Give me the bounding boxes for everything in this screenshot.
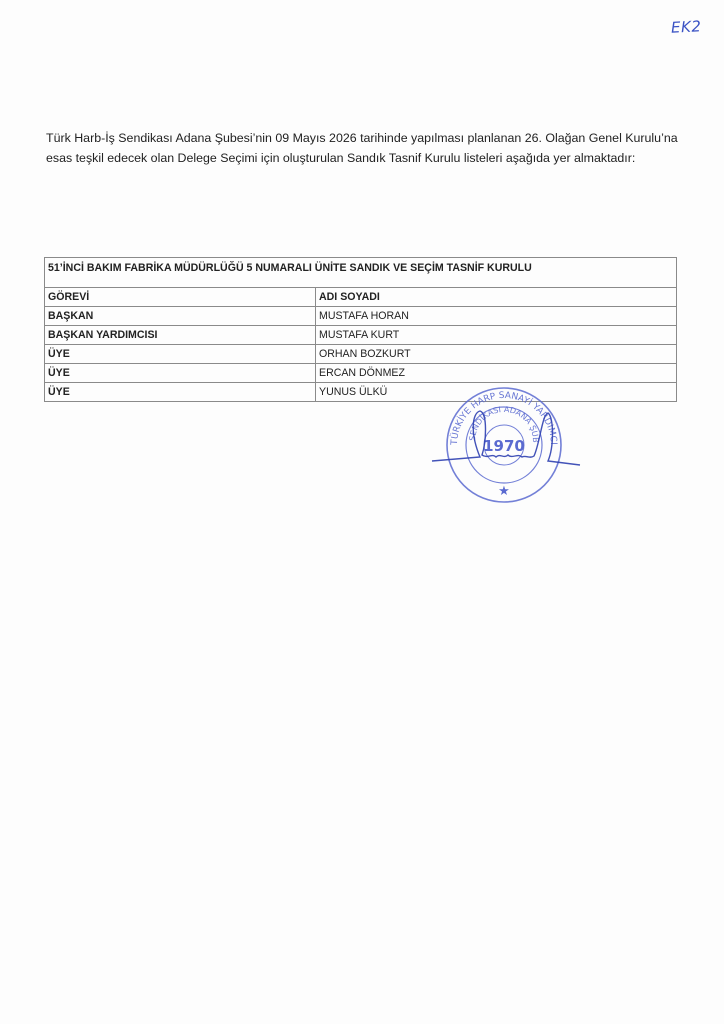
table-row: BAŞKAN MUSTAFA HORAN <box>45 307 677 326</box>
svg-text:★: ★ <box>498 483 510 498</box>
row-role: ÜYE <box>45 345 316 364</box>
row-role: BAŞKAN <box>45 307 316 326</box>
row-name: ORHAN BOZKURT <box>316 345 677 364</box>
official-stamp: TÜRKİYE HARP SANAYİ YARDIMCI İŞ KOLLARI … <box>430 383 590 508</box>
stamp-seal-icon: TÜRKİYE HARP SANAYİ YARDIMCI İŞ KOLLARI … <box>430 383 590 508</box>
row-name: MUSTAFA HORAN <box>316 307 677 326</box>
header-name: ADI SOYADI <box>316 288 677 307</box>
table-title: 51’İNCİ BAKIM FABRİKA MÜDÜRLÜĞÜ 5 NUMARA… <box>45 258 677 288</box>
svg-text:1970: 1970 <box>483 437 525 455</box>
intro-line-1: Türk Harb-İş Sendikası Adana Şubesi’nin … <box>46 128 686 148</box>
row-name: ERCAN DÖNMEZ <box>316 364 677 383</box>
intro-line-2: esas teşkil edecek olan Delege Seçimi iç… <box>46 148 686 168</box>
row-role: BAŞKAN YARDIMCISI <box>45 326 316 345</box>
table-title-row: 51’İNCİ BAKIM FABRİKA MÜDÜRLÜĞÜ 5 NUMARA… <box>45 258 677 288</box>
committee-table: 51’İNCİ BAKIM FABRİKA MÜDÜRLÜĞÜ 5 NUMARA… <box>44 257 677 402</box>
table-row: BAŞKAN YARDIMCISI MUSTAFA KURT <box>45 326 677 345</box>
row-role: ÜYE <box>45 383 316 402</box>
intro-paragraph: Türk Harb-İş Sendikası Adana Şubesi’nin … <box>46 128 686 168</box>
table-header-row: GÖREVİ ADI SOYADI <box>45 288 677 307</box>
row-name: MUSTAFA KURT <box>316 326 677 345</box>
header-role: GÖREVİ <box>45 288 316 307</box>
handwritten-annotation: EK2 <box>671 17 702 37</box>
document-page: EK2 Türk Harb-İş Sendikası Adana Şubesi’… <box>0 0 724 1024</box>
table-row: ÜYE ERCAN DÖNMEZ <box>45 364 677 383</box>
row-role: ÜYE <box>45 364 316 383</box>
table-row: ÜYE ORHAN BOZKURT <box>45 345 677 364</box>
